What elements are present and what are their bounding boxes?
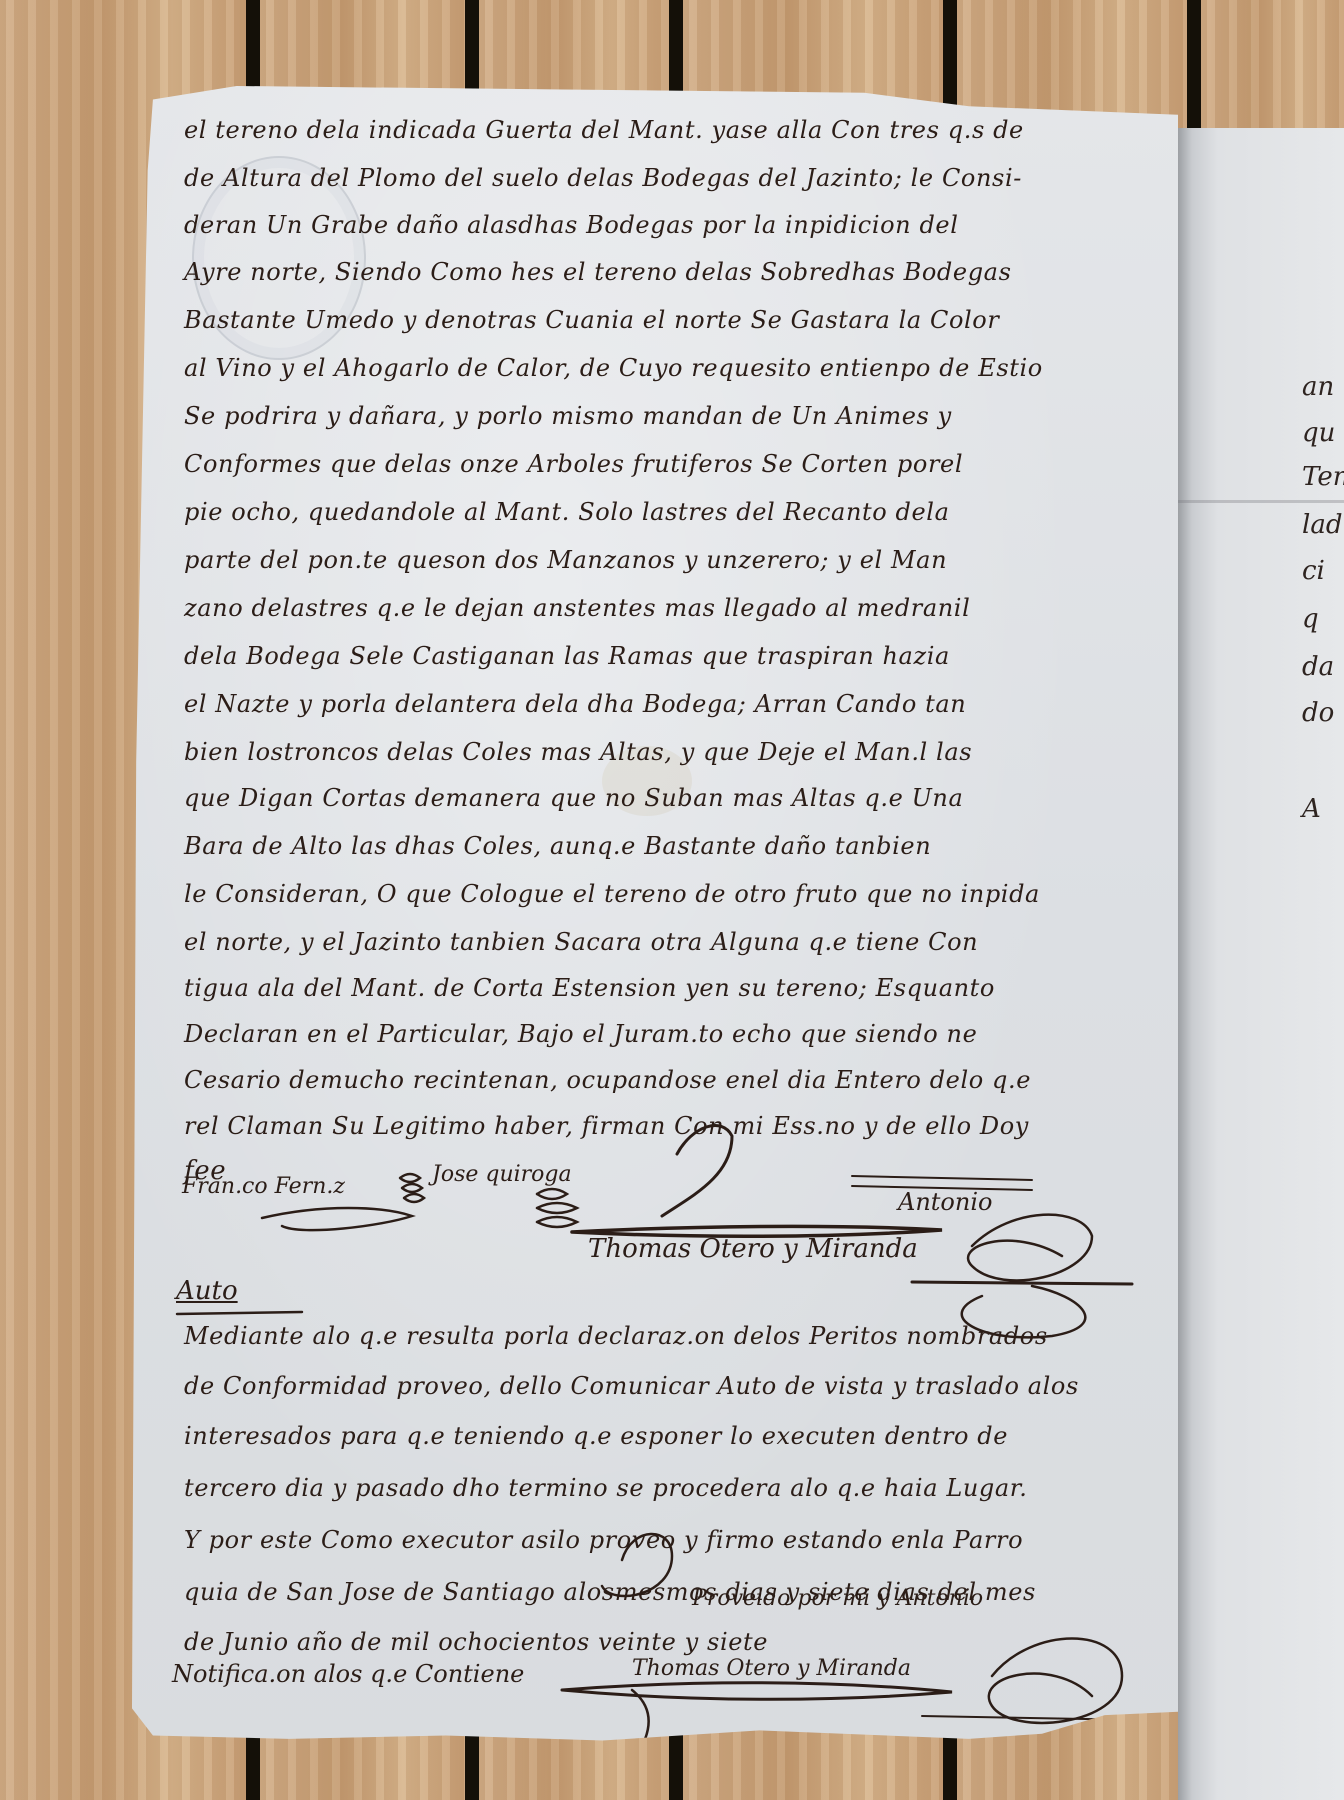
facing-page-fragment: an xyxy=(1302,372,1334,402)
text-line: zano delastres q.e le dejan anstentes ma… xyxy=(184,594,970,622)
signature: Thomas Otero y Miranda xyxy=(632,1656,911,1681)
text-line: le Consideran, O que Cologue el tereno d… xyxy=(184,880,1040,908)
facing-page-fragment: do xyxy=(1302,698,1334,728)
auto-heading: Auto xyxy=(176,1276,238,1306)
text-line: Conformes que delas onze Arboles frutife… xyxy=(184,450,963,478)
text-line: que Digan Cortas demanera que no Suban m… xyxy=(184,784,963,812)
text-line: deran Un Grabe daño alasdhas Bodegas por… xyxy=(184,211,959,239)
facing-page-fragment: da xyxy=(1302,652,1334,682)
text-line: dela Bodega Sele Castiganan las Ramas qu… xyxy=(184,642,950,670)
signature: Antonio xyxy=(898,1188,992,1216)
signature: Proveido por mi y Antonio xyxy=(692,1586,983,1611)
text-line: Bastante Umedo y denotras Cuania el nort… xyxy=(184,306,999,334)
text-line: bien lostroncos delas Coles mas Altas, y… xyxy=(184,738,972,766)
text-line: Se podrira y dañara, y porlo mismo manda… xyxy=(184,402,952,430)
facing-page-fragment: A xyxy=(1302,794,1321,824)
text-line: Ayre norte, Siendo Como hes el tereno de… xyxy=(184,258,1012,286)
text-line: tercero dia y pasado dho termino se proc… xyxy=(184,1474,1027,1502)
manuscript-page: el tereno dela indicada Guerta del Mant.… xyxy=(132,86,1178,1776)
facing-page-fragment: lad xyxy=(1302,510,1342,540)
text-line: rel Claman Su Legitimo haber, firman Con… xyxy=(184,1112,1029,1140)
text-line: al Vino y el Ahogarlo de Calor, de Cuyo … xyxy=(184,354,1043,382)
text-line: de Conformidad proveo, dello Comunicar A… xyxy=(184,1372,1079,1400)
facing-page-fragment: Ten xyxy=(1302,462,1344,492)
text-line: el Nazte y porla delantera dela dha Bode… xyxy=(184,690,966,718)
signature: Thomas Otero y Miranda xyxy=(588,1234,918,1264)
facing-page-fragment: qu xyxy=(1302,418,1335,448)
signature: Fran.co Fern.z xyxy=(182,1174,345,1199)
text-line: interesados para q.e teniendo q.e espone… xyxy=(184,1422,1008,1450)
facing-page-fragment: q xyxy=(1302,604,1319,634)
page-crease xyxy=(1178,500,1344,503)
text-line: el norte, y el Jazinto tanbien Sacara ot… xyxy=(184,928,978,956)
text-line: Cesario demucho recintenan, ocupandose e… xyxy=(184,1066,1031,1094)
facing-page-fragment: ci xyxy=(1302,556,1325,586)
text-line: parte del pon.te queson dos Manzanos y u… xyxy=(184,546,947,574)
text-line: de Altura del Plomo del suelo delas Bode… xyxy=(184,164,1022,192)
text-line: pie ocho, quedandole al Mant. Solo lastr… xyxy=(184,498,950,526)
signature: Jose quiroga xyxy=(432,1162,572,1187)
text-line: de Junio año de mil ochocientos veinte y… xyxy=(184,1628,768,1656)
text-line: Y por este Como executor asilo proveo y … xyxy=(184,1526,1023,1554)
text-line: Bara de Alto las dhas Coles, aunq.e Bast… xyxy=(184,832,931,860)
text-line: tigua ala del Mant. de Corta Estension y… xyxy=(184,974,995,1002)
text-line: Declaran en el Particular, Bajo el Juram… xyxy=(184,1020,977,1048)
text-line: el tereno dela indicada Guerta del Mant.… xyxy=(184,116,1024,144)
text-line: Mediante alo q.e resulta porla declaraz.… xyxy=(184,1322,1048,1350)
notification-heading: Notifica.on alos q.e Contiene xyxy=(172,1660,524,1688)
